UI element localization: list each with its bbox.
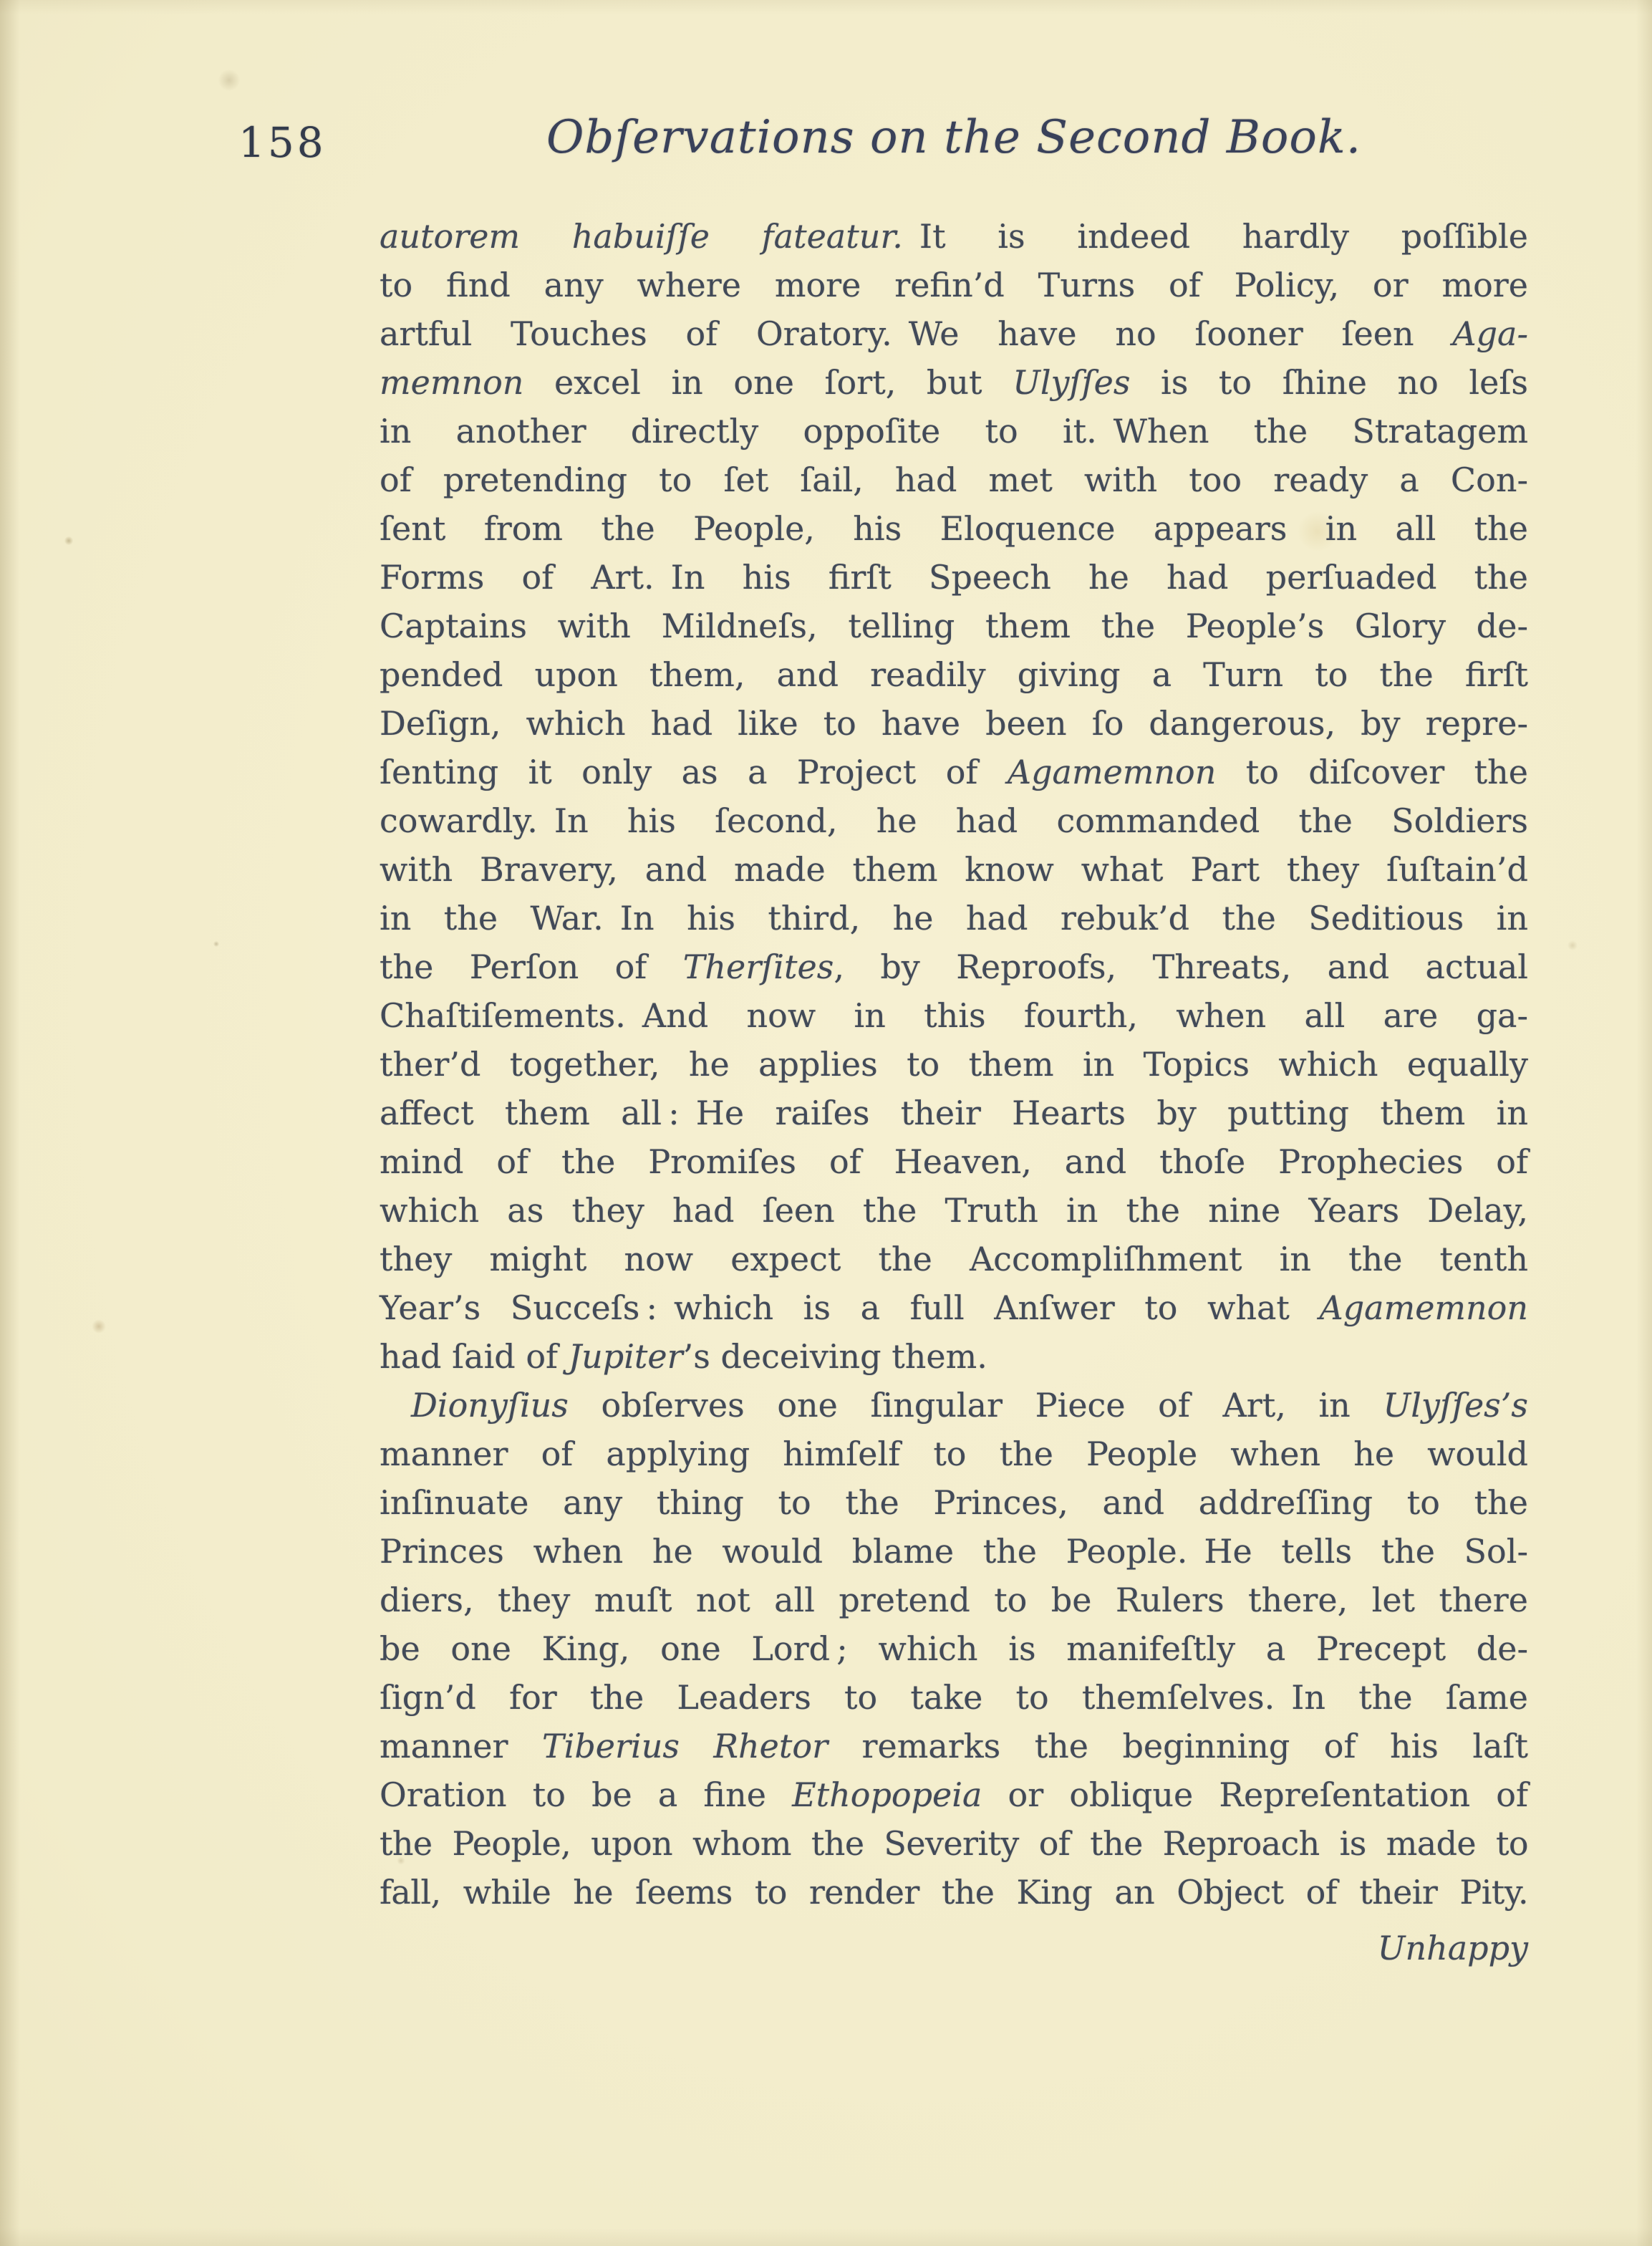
italic-text: Therſites <box>683 948 834 986</box>
text-line: ſent from the People, his Eloquence appe… <box>380 504 1528 553</box>
body-text: in the War. In his third, he had rebuk’d… <box>380 899 1528 938</box>
body-text: affect them all : He raiſes their Hearts… <box>380 1094 1528 1132</box>
text-line: mind of the Promiſes of Heaven, and thoſ… <box>380 1137 1528 1186</box>
text-line: Dionyſius obſerves one ſingular Piece of… <box>380 1381 1528 1430</box>
text-line: diers, they muſt not all pretend to be R… <box>380 1576 1528 1624</box>
catchword: Unhappy <box>380 1924 1528 1972</box>
body-text: remarks the beginning of his laſt <box>828 1727 1528 1765</box>
text-line: ſign’d for the Leaders to take to themſe… <box>380 1673 1528 1722</box>
body-text: which as they had ſeen the Truth in the … <box>380 1191 1528 1230</box>
text-line: autorem habuiſſe fateatur. It is indeed … <box>380 212 1528 261</box>
body-text: manner of applying himſelf to the People… <box>380 1435 1528 1473</box>
text-line: affect them all : He raiſes their Hearts… <box>380 1089 1528 1137</box>
body-text: the Perſon of <box>380 948 683 986</box>
body-text: had ſaid of <box>380 1337 569 1376</box>
body-text: Forms of Art. In his firſt Speech he had… <box>380 558 1528 597</box>
body-text: Oration to be a fine <box>380 1775 792 1814</box>
body-text: Princes when he would blame the People. … <box>380 1532 1528 1571</box>
body-text: ſign’d for the Leaders to take to themſe… <box>380 1678 1528 1717</box>
text-block: autorem habuiſſe fateatur. It is indeed … <box>380 212 1528 1972</box>
italic-text: memnon <box>380 363 523 402</box>
text-line: they might now expect the Accompliſhment… <box>380 1235 1528 1283</box>
text-line: cowardly. In his ſecond, he had commande… <box>380 796 1528 845</box>
text-line: in another directly oppoſite to it. When… <box>380 407 1528 456</box>
body-text: cowardly. In his ſecond, he had commande… <box>380 801 1528 840</box>
body-text: to diſcover the <box>1216 753 1528 791</box>
italic-text: Aga- <box>1452 314 1528 353</box>
body-text: the People, upon whom the Severity of th… <box>380 1824 1528 1863</box>
text-line: ſenting it only as a Project of Agamemno… <box>380 748 1528 796</box>
text-line: Oration to be a fine Ethopopeia or obliq… <box>380 1770 1528 1819</box>
text-line: memnon excel in one ſort, but Ulyſſes is… <box>380 358 1528 407</box>
body-text: manner <box>380 1727 542 1765</box>
text-line: Forms of Art. In his firſt Speech he had… <box>380 553 1528 602</box>
body-text: pended upon them, and readily giving a T… <box>380 655 1528 694</box>
body-text: to find any where more refin’d Turns of … <box>380 266 1528 304</box>
body-text: Deſign, which had like to have been ſo d… <box>380 704 1528 743</box>
body-text: artful Touches of Oratory. We have no ſo… <box>380 314 1452 353</box>
body-text: inſinuate any thing to the Princes, and … <box>380 1483 1528 1522</box>
body-text: ſenting it only as a Project of <box>380 753 1008 791</box>
page-number: 158 <box>238 122 327 163</box>
body-text: ther’d together, he applies to them in T… <box>380 1045 1528 1084</box>
body-text: Year’s Succeſs : which is a full Anſwer … <box>380 1288 1320 1327</box>
text-line: ther’d together, he applies to them in T… <box>380 1040 1528 1089</box>
italic-text: Ulyſſes <box>1013 363 1130 402</box>
italic-text: Agamemnon <box>1320 1288 1529 1327</box>
text-line: fall, while he ſeems to render the King … <box>380 1868 1528 1917</box>
body-text: , by Reproofs, Threats, and actual <box>834 948 1528 986</box>
italic-text: autorem habuiſſe fateatur. <box>380 217 903 256</box>
body-text: Chaſtiſements. And now in this fourth, w… <box>380 996 1528 1035</box>
text-line: had ſaid of Jupiter’s deceiving them. <box>380 1332 1528 1381</box>
text-line: the People, upon whom the Severity of th… <box>380 1819 1528 1868</box>
italic-text: Ethopopeia <box>792 1775 982 1814</box>
text-line: Captains with Mildneſs, telling them the… <box>380 602 1528 650</box>
body-text: is to ſhine no leſs <box>1130 363 1528 402</box>
text-line: pended upon them, and readily giving a T… <box>380 650 1528 699</box>
text-line: Year’s Succeſs : which is a full Anſwer … <box>380 1283 1528 1332</box>
italic-text: Agamemnon <box>1008 753 1217 791</box>
text-line: Deſign, which had like to have been ſo d… <box>380 699 1528 748</box>
body-text: ſent from the People, his Eloquence appe… <box>380 509 1528 548</box>
text-line: with Bravery, and made them know what Pa… <box>380 845 1528 894</box>
body-text: mind of the Promiſes of Heaven, and thoſ… <box>380 1142 1528 1181</box>
text-line: which as they had ſeen the Truth in the … <box>380 1186 1528 1235</box>
text-line: Chaſtiſements. And now in this fourth, w… <box>380 991 1528 1040</box>
running-title: Obſervations on the Second Book. <box>380 115 1528 160</box>
body-text: Captains with Mildneſs, telling them the… <box>380 607 1528 645</box>
text-line: Princes when he would blame the People. … <box>380 1527 1528 1576</box>
body-text: in another directly oppoſite to it. When… <box>380 412 1528 450</box>
text-line: of pretending to ſet ſail, had met with … <box>380 456 1528 504</box>
body-text: they might now expect the Accompliſhment… <box>380 1240 1528 1278</box>
book-page: 158 Obſervations on the Second Book. aut… <box>0 0 1652 2246</box>
italic-text: Dionyſius <box>411 1386 569 1425</box>
text-line: manner of applying himſelf to the People… <box>380 1430 1528 1478</box>
text-line: to find any where more refin’d Turns of … <box>380 261 1528 309</box>
body-text: diers, they muſt not all pretend to be R… <box>380 1581 1528 1619</box>
body-text: fall, while he ſeems to render the King … <box>380 1873 1528 1912</box>
body-text: be one King, one Lord ; which is manifeſ… <box>380 1629 1528 1668</box>
text-line: inſinuate any thing to the Princes, and … <box>380 1478 1528 1527</box>
body-text: ’s deceiving them. <box>683 1337 987 1376</box>
body-text: with Bravery, and made them know what Pa… <box>380 850 1528 889</box>
text-line: in the War. In his third, he had rebuk’d… <box>380 894 1528 943</box>
body-text: or oblique Repreſentation of <box>982 1775 1528 1814</box>
body-text: of pretending to ſet ſail, had met with … <box>380 461 1528 499</box>
text-line: artful Touches of Oratory. We have no ſo… <box>380 309 1528 358</box>
italic-text: Ulyſſes’s <box>1383 1386 1528 1425</box>
text-line: be one King, one Lord ; which is manifeſ… <box>380 1624 1528 1673</box>
body-text: obſerves one ſingular Piece of Art, in <box>569 1386 1383 1425</box>
text-line: manner Tiberius Rhetor remarks the begin… <box>380 1722 1528 1770</box>
body-text: It is indeed hardly poſſible <box>903 217 1528 256</box>
italic-text: Tiberius Rhetor <box>542 1727 828 1765</box>
italic-text: Jupiter <box>569 1337 683 1376</box>
body-text: excel in one ſort, but <box>523 363 1013 402</box>
text-line: the Perſon of Therſites, by Reproofs, Th… <box>380 943 1528 991</box>
